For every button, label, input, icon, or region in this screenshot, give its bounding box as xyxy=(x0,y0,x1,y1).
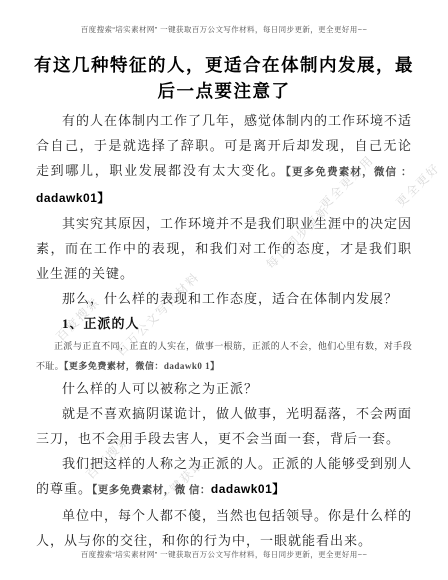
footer-promo-note: 百度搜索“培实素材网” 一键获取百万公文写作材料，每日同步更新，更全更好用~~ xyxy=(0,549,448,560)
paragraph-4: 什么样的人可以被称之为正派？ xyxy=(36,376,412,401)
promo-wechat-id: dadawk01】 xyxy=(36,191,110,205)
paragraph-1: 有的人在体制内工作了几年，感觉体制内的工作环境不适合自己，于是就选择了辞职。可是… xyxy=(36,108,412,211)
header-promo-note: 百度搜索“培实素材网” 一键获取百万公文写作材料，每日同步更新，更全更好用~~ xyxy=(0,24,448,35)
paragraph-5: 就是不喜欢搞阴谋诡计，做人做事，光明磊落，不会两面三刀，也不会用手段去害人，更不… xyxy=(36,401,412,451)
note-paragraph: 正派与正直不同，正直的人实在，做事一根筋，正派的人不会，他们心里有数，对手段不耻… xyxy=(36,336,412,376)
document-page: 更全更好用 更全更好 每日同步更新 百万公文写作材料 百度搜索 百度搜索 一键获… xyxy=(0,0,448,580)
paragraph-7: 单位中，每个人都不傻，当然也包括领导。你是什么样的人，从与你的交往，和你的行为中… xyxy=(36,503,412,553)
section-heading-1: 1、正派的人 xyxy=(36,311,412,336)
paragraph-6: 我们把这样的人称之为正派的人。正派的人能够受到别人的尊重。【更多免费素材，微 信… xyxy=(36,451,412,503)
paragraph-2: 其实究其原因，工作环境并不是我们职业生涯中的决定因素，而在工作中的表现，和我们对… xyxy=(36,211,412,286)
page-title: 有这几种特征的人，更适合在体制内发展，最后一点要注意了 xyxy=(30,52,418,104)
promo-label: 【更多免费素材，微 信： xyxy=(92,485,211,496)
paragraph-3: 那么，什么样的表现和工作态度，适合在体制内发展？ xyxy=(36,286,412,311)
document-body: 有的人在体制内工作了几年，感觉体制内的工作环境不适合自己，于是就选择了辞职。可是… xyxy=(36,108,412,553)
promo-label: 【更多免费素材，微信：dadawk0 1】 xyxy=(64,361,220,371)
promo-wechat-id: dadawk01】 xyxy=(211,482,285,496)
promo-label: 【更多免费素材，微信 ： xyxy=(286,167,412,178)
